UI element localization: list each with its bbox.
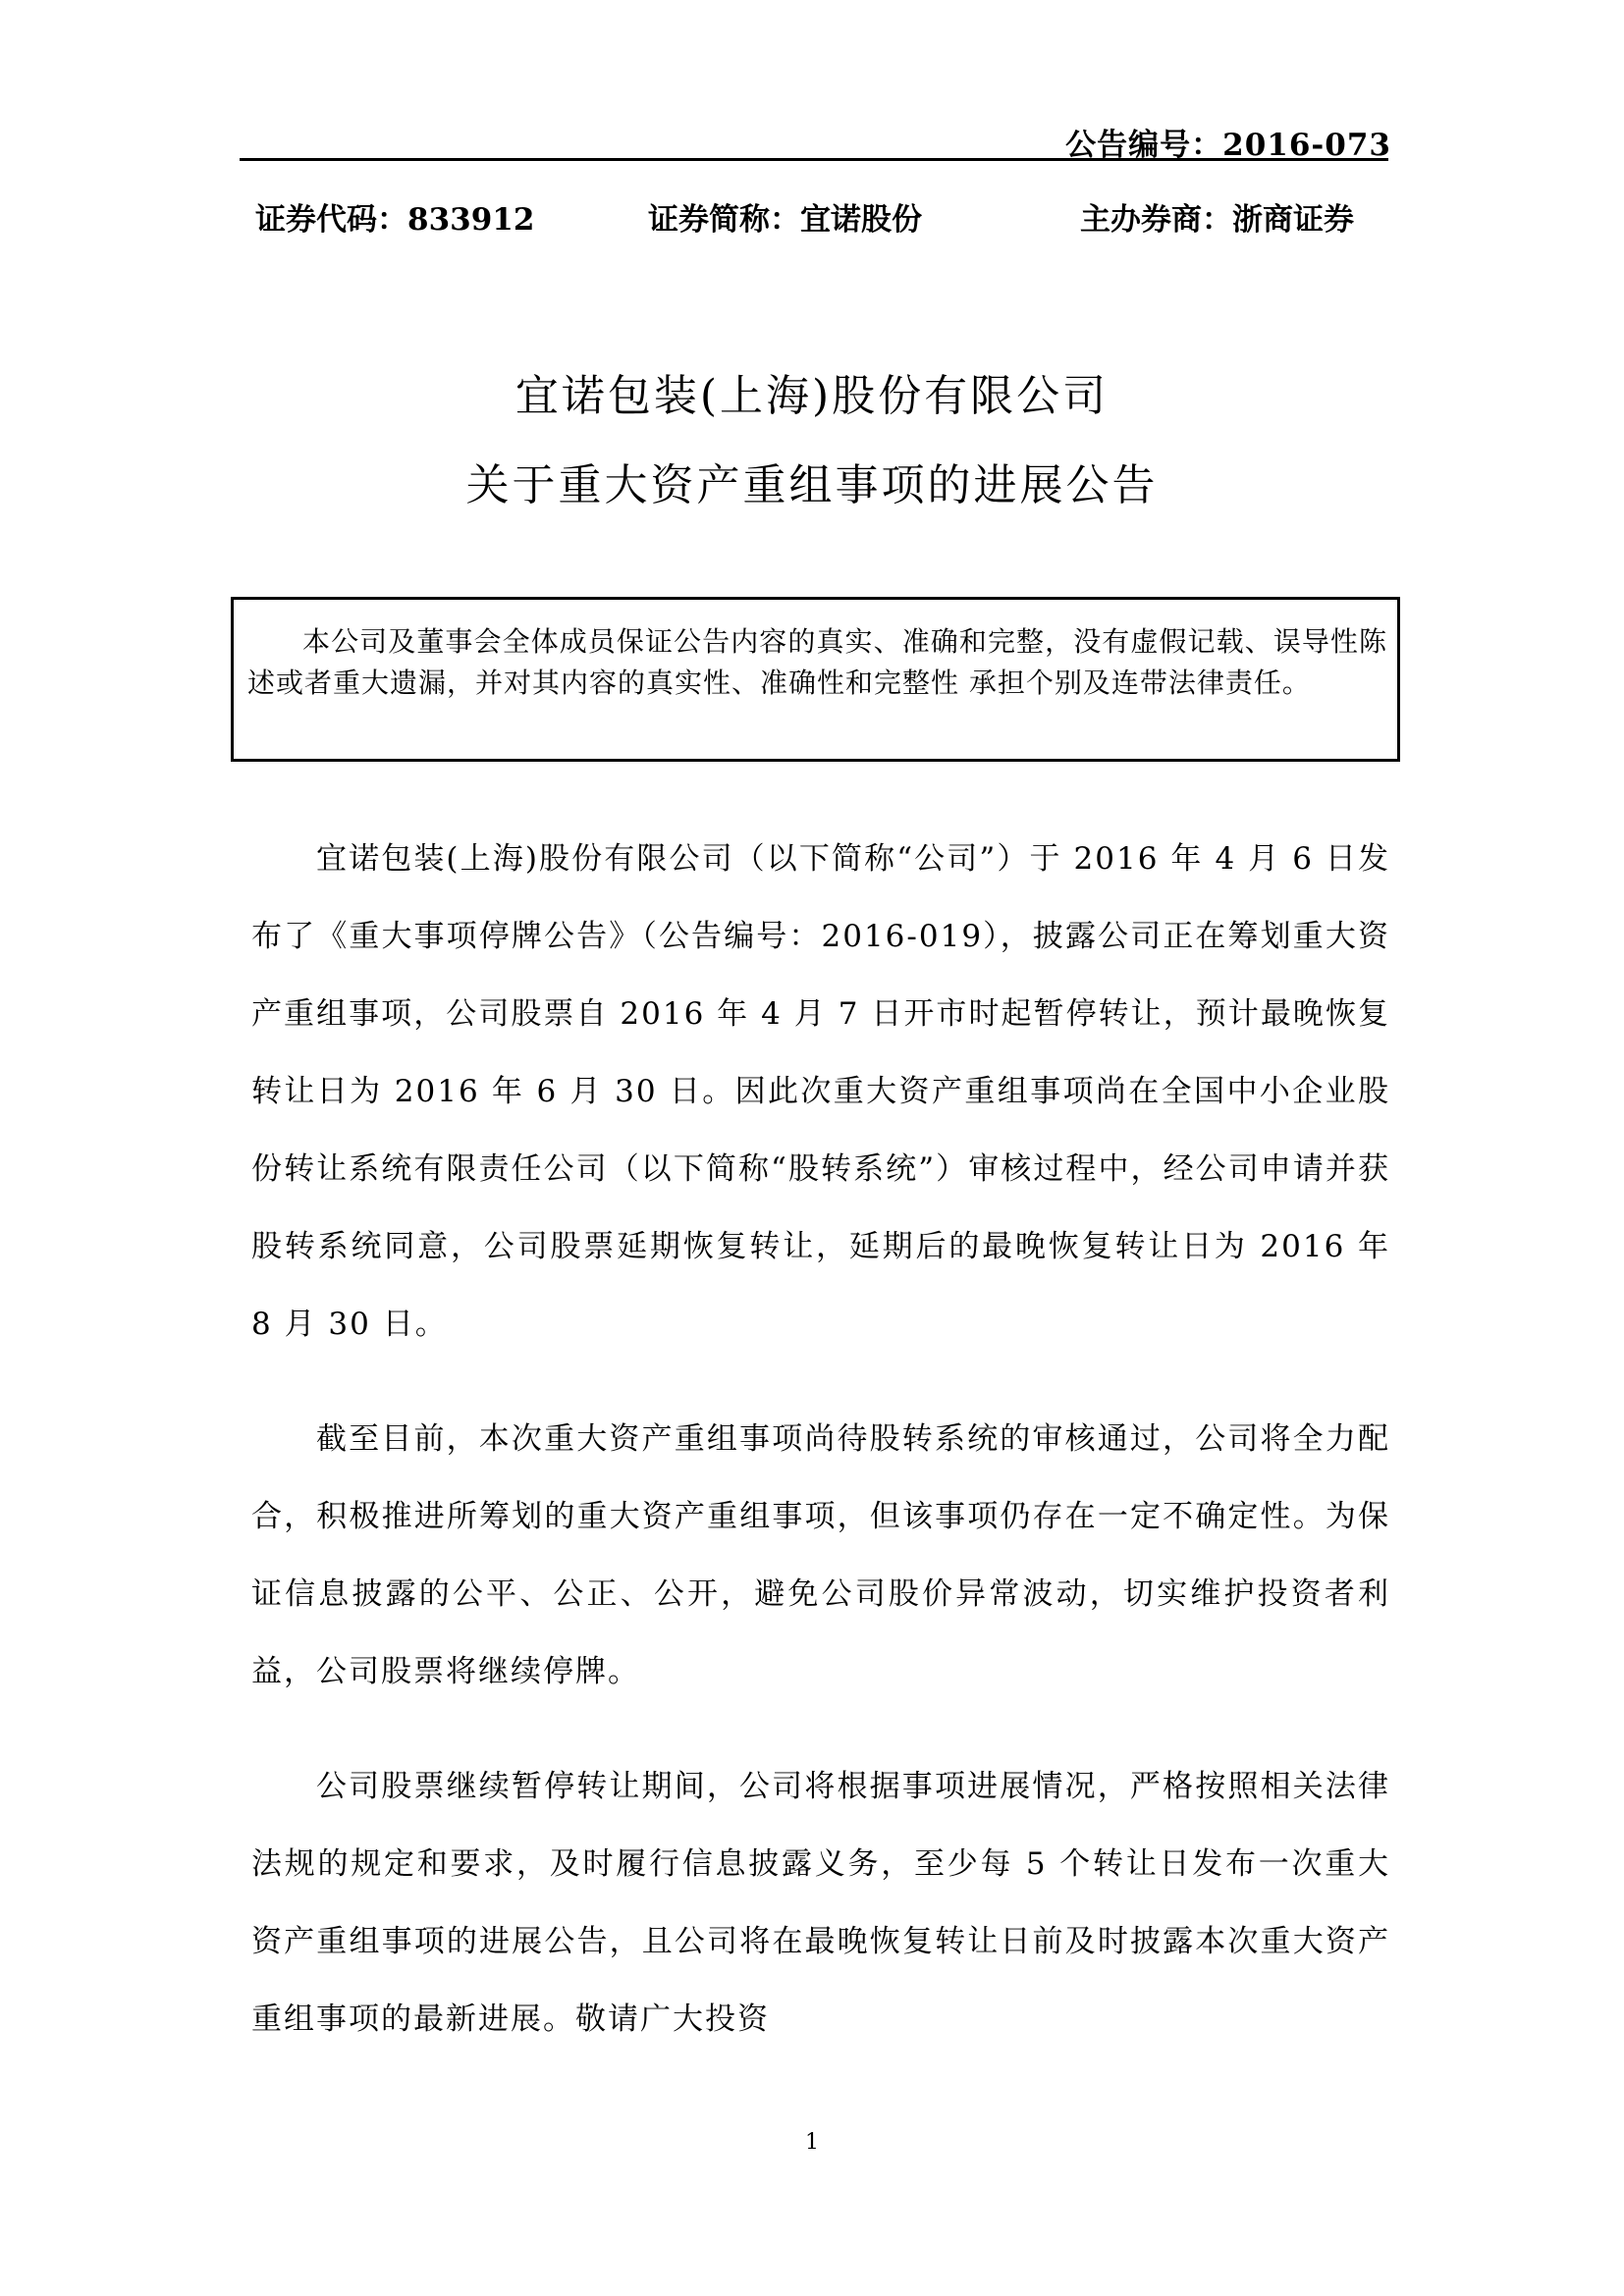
page-number: 1 bbox=[0, 2130, 1624, 2155]
announcement-title: 关于重大资产重组事项的进展公告 bbox=[0, 450, 1624, 512]
security-abbreviation: 证券简称：宜诺股份 bbox=[648, 194, 922, 239]
body-paragraph: 宜诺包装(上海)股份有限公司（以下简称“公司”）于 2016 年 4 月 6 日… bbox=[251, 821, 1390, 1363]
sponsor-broker: 主办券商：浙商证券 bbox=[1080, 194, 1354, 239]
disclaimer-box: 本公司及董事会全体成员保证公告内容的真实、准确和完整，没有虚假记载、误导性陈述或… bbox=[231, 597, 1400, 762]
body-paragraph: 截至目前，本次重大资产重组事项尚待股转系统的审核通过，公司将全力配合，积极推进所… bbox=[251, 1401, 1390, 1711]
header-divider bbox=[240, 158, 1388, 161]
disclaimer-text: 本公司及董事会全体成员保证公告内容的真实、准确和完整，没有虚假记载、误导性陈述或… bbox=[247, 621, 1387, 704]
body-paragraph: 公司股票继续暂停转让期间，公司将根据事项进展情况，严格按照相关法律法规的规定和要… bbox=[251, 1748, 1390, 2058]
security-code: 证券代码：833912 bbox=[255, 194, 534, 239]
announcement-body: 宜诺包装(上海)股份有限公司（以下简称“公司”）于 2016 年 4 月 6 日… bbox=[251, 821, 1390, 2096]
company-name-title: 宜诺包装(上海)股份有限公司 bbox=[0, 360, 1624, 423]
document-page: 公告编号：2016-073 证券代码：833912 证券简称：宜诺股份 主办券商… bbox=[0, 0, 1624, 2296]
